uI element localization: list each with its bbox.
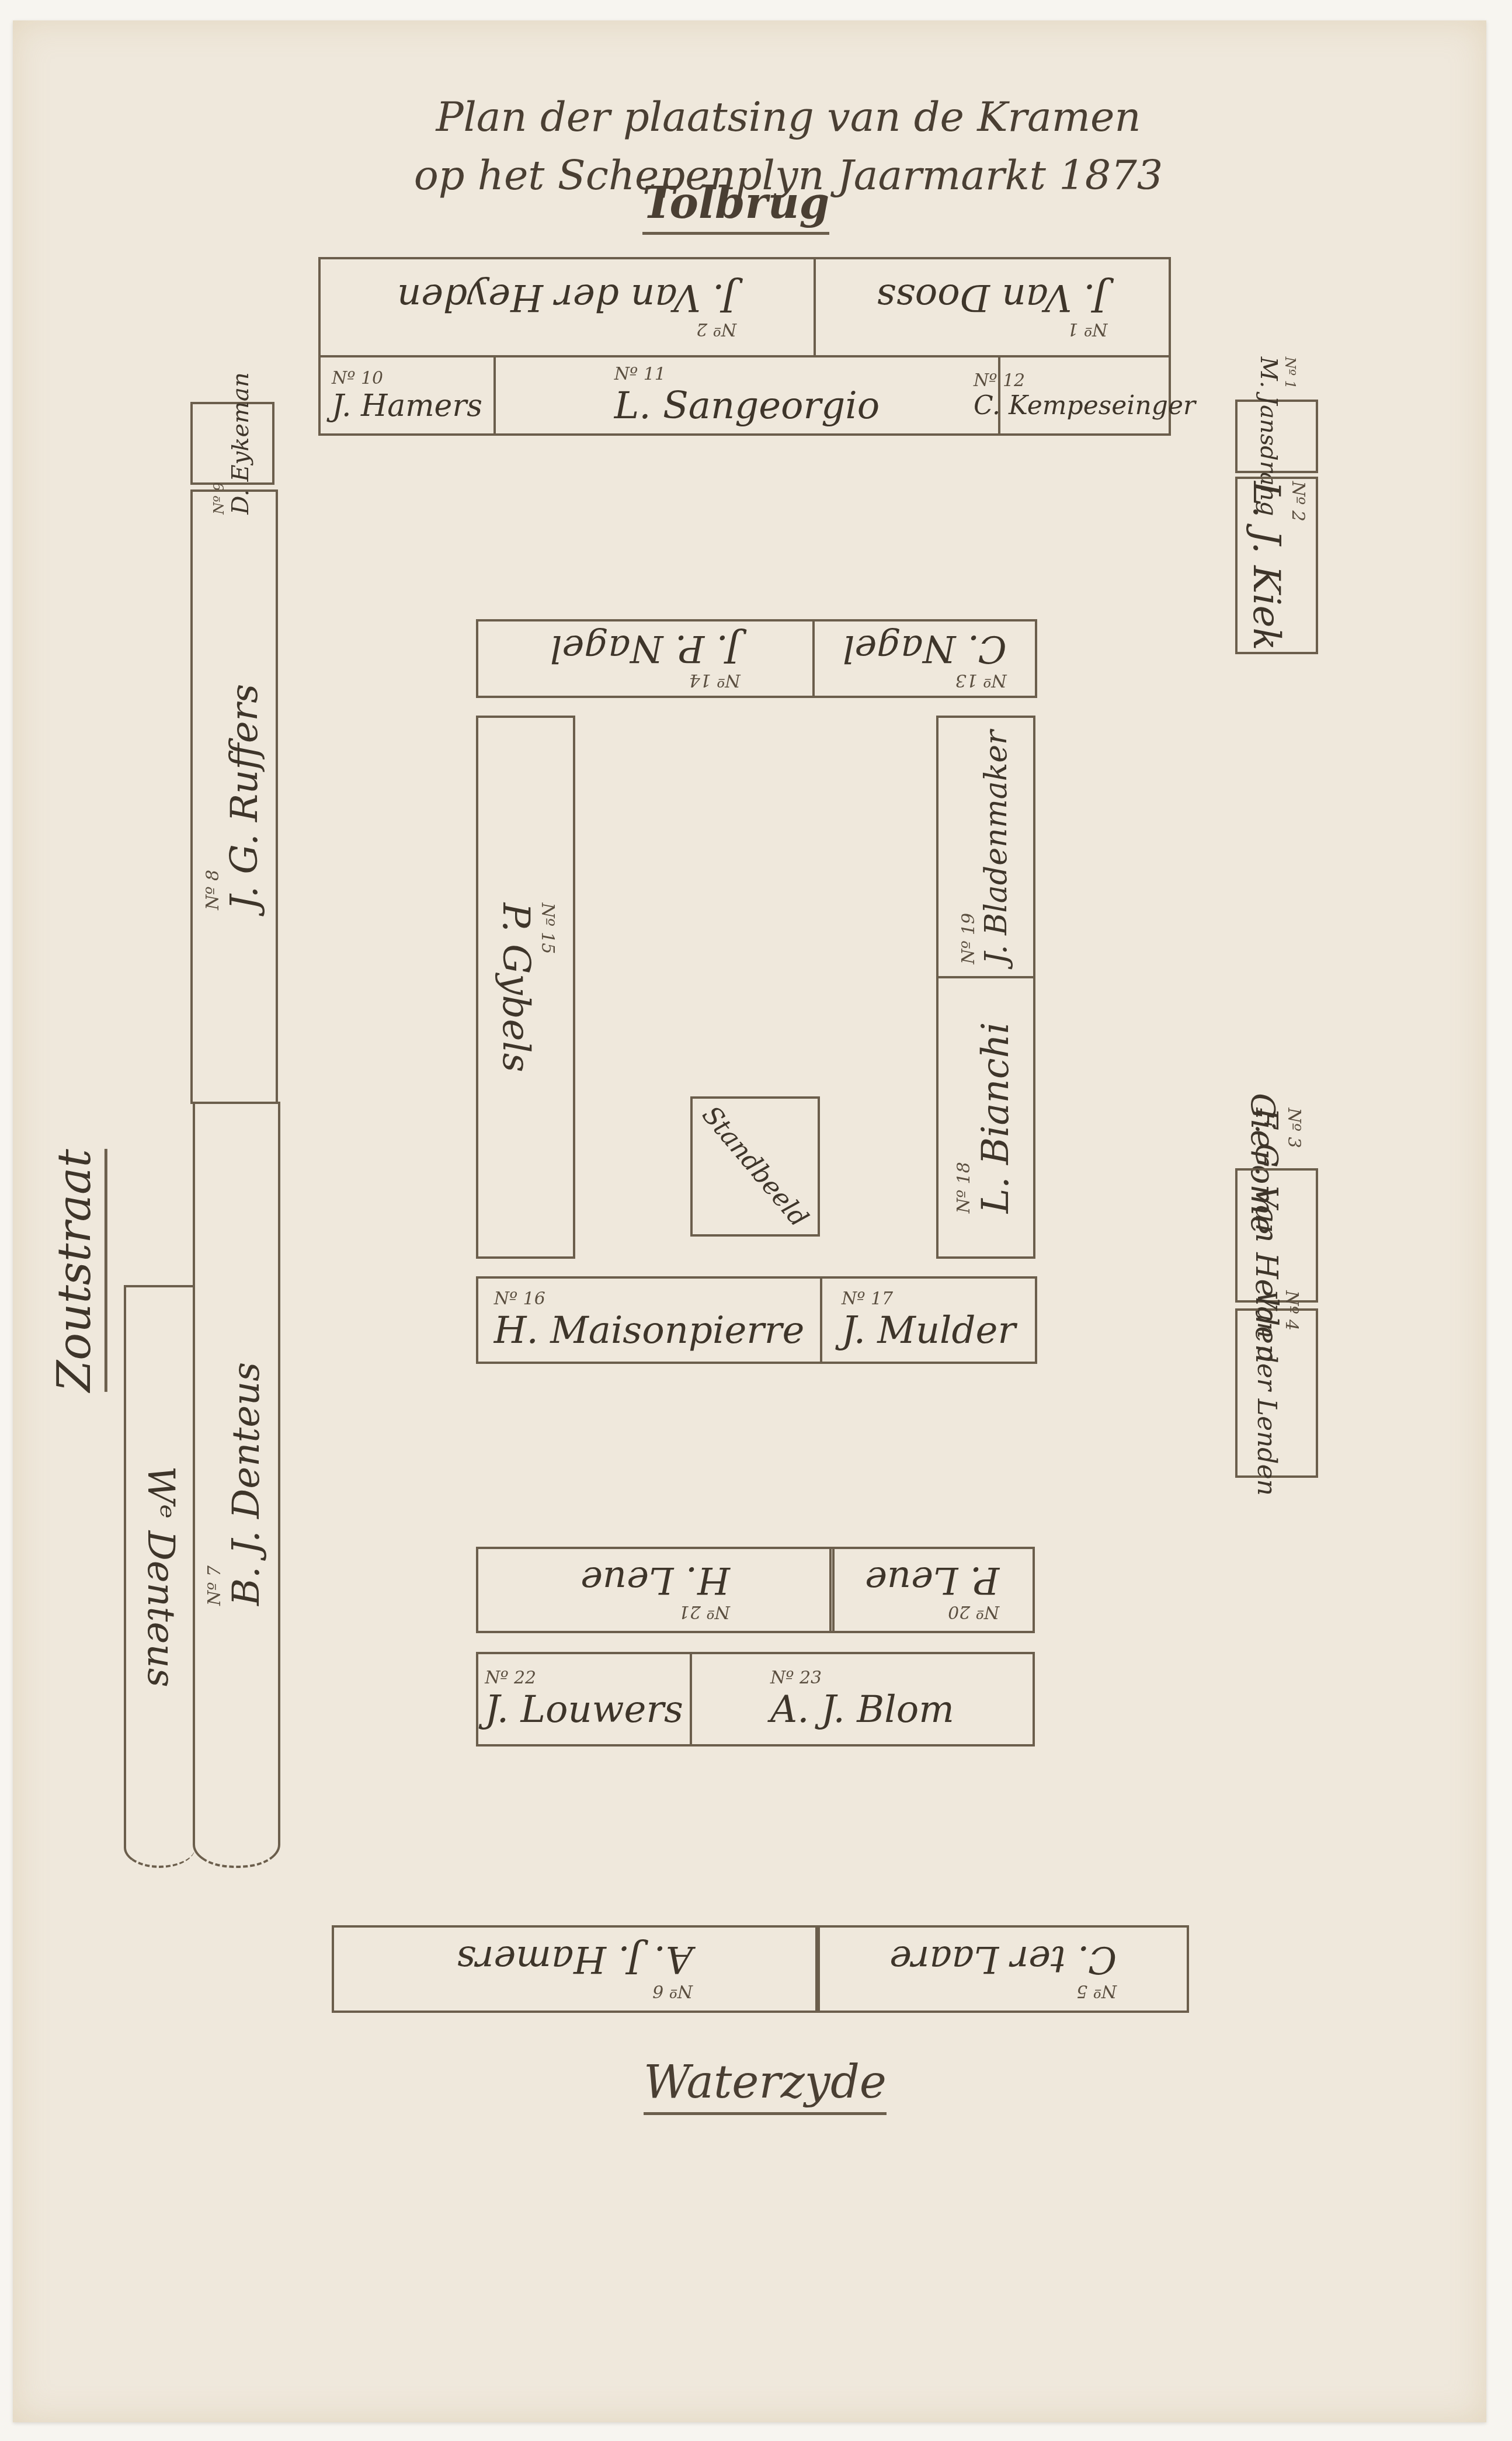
- stall-6: Nº 6A. J. Hamers: [332, 1925, 818, 2013]
- stall-4: Nº 4Van der Lenden: [1235, 1308, 1318, 1478]
- stall-18: Nº 18L. Bianchi: [936, 976, 1035, 1259]
- stall-2-top: Nº 1J. Van Dooss: [814, 257, 1171, 357]
- stall-16: Nº 16H. Maisonpierre: [476, 1276, 822, 1364]
- stall-1-top: Nº 2J. Van der Heyden: [318, 257, 816, 357]
- stall-10: Nº 10J. Hamers: [318, 355, 496, 436]
- stall-15: Nº 15P. Gybels: [476, 716, 575, 1259]
- stall-23: Nº 23A. J. Blom: [690, 1652, 1035, 1746]
- west-street-label: Zoutstraat: [48, 1149, 101, 1392]
- stall-19: Nº 19J. Bladenmaker: [936, 716, 1035, 978]
- stall-5: Nº 5C. ter Laare: [818, 1925, 1189, 2013]
- north-street-label: Tolbrug: [642, 178, 818, 228]
- stall-7b: Wᵉ Denteus: [124, 1285, 195, 1868]
- stall-12: Nº 12C. Kempeseinger: [998, 355, 1171, 436]
- stall-11: Nº 11L. Sangeorgio: [493, 355, 1000, 436]
- stall-3: Nº 3F. G. Van Helden: [1235, 1168, 1318, 1303]
- stall-8: Nº 8J. G. Ruffers: [190, 489, 278, 1104]
- title-line-1: Plan der plaatsing van de Kramen: [350, 88, 1226, 146]
- stall-1-right: Nº 1M. Jansdrang: [1235, 400, 1318, 473]
- south-street-label: Waterzyde: [631, 2056, 899, 2109]
- stall-13: Nº 13C. Nagel: [812, 619, 1037, 698]
- stall-17: Nº 17J. Mulder: [820, 1276, 1037, 1364]
- stall-9: Nº 9D. Eykeman: [190, 402, 274, 485]
- stall-2-right: Nº 2L. J. Kiek: [1235, 477, 1318, 654]
- statue-box: Standbeeld: [690, 1096, 820, 1237]
- stall-22: Nº 22J. Louwers: [476, 1652, 692, 1746]
- stall-20: Nº 20P. Leue: [829, 1547, 1035, 1633]
- stall-7: Nº 7B. J. Denteus: [193, 1102, 280, 1868]
- stall-21: Nº 21H. Leue: [476, 1547, 835, 1633]
- statue-label: Standbeeld: [696, 1100, 814, 1233]
- stall-14: Nº 14J. P. Nagel: [476, 619, 815, 698]
